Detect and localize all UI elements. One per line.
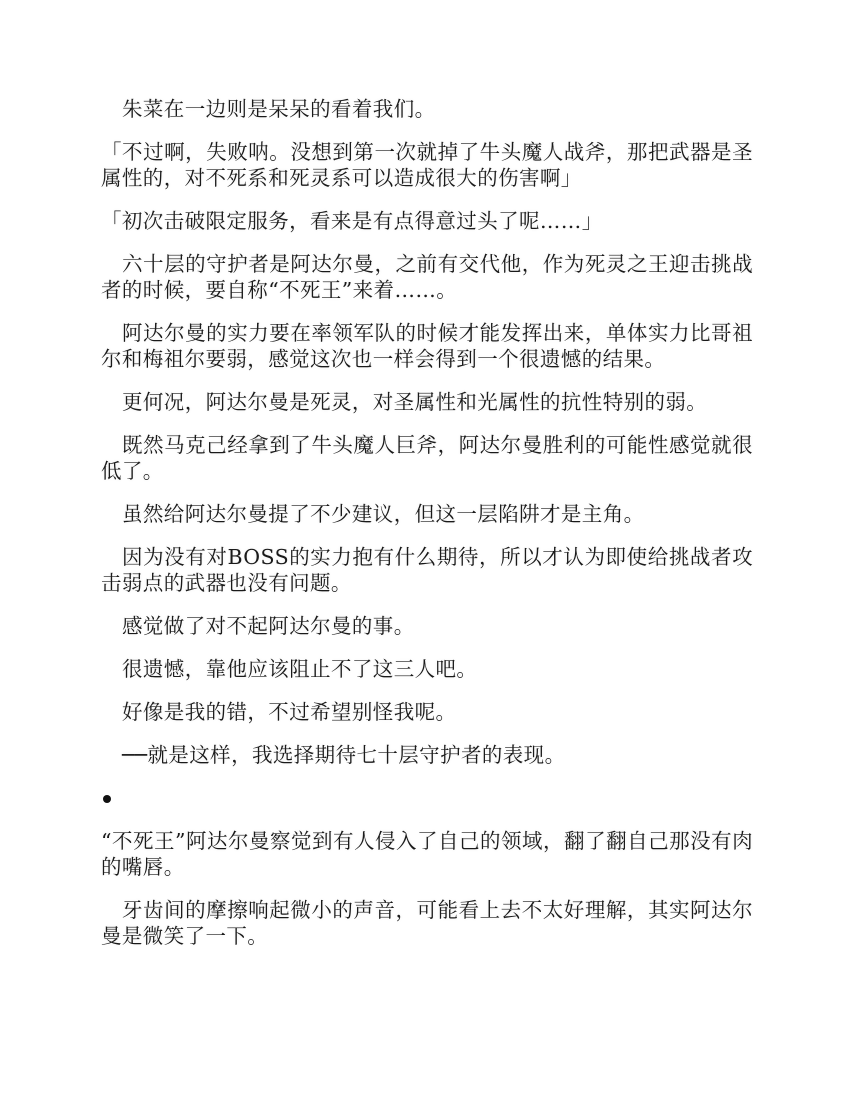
bullet-icon [103, 795, 111, 803]
paragraph: ──就是这样，我选择期待七十层守护者的表现。 [101, 742, 753, 768]
paragraph: 更何况，阿达尔曼是死灵，对圣属性和光属性的抗性特别的弱。 [101, 389, 753, 415]
paragraph: 好像是我的错，不过希望别怪我呢。 [101, 699, 753, 725]
paragraph: “不死王”阿达尔曼察觉到有人侵入了自己的领域，翻了翻自己那没有肉的嘴唇。 [101, 828, 753, 880]
paragraph: 很遗憾，靠他应该阻止不了这三人吧。 [101, 656, 753, 682]
paragraph: 虽然给阿达尔曼提了不少建议，但这一层陷阱才是主角。 [101, 501, 753, 527]
paragraph: 朱菜在一边则是呆呆的看着我们。 [101, 96, 753, 122]
paragraph: 感觉做了对不起阿达尔曼的事。 [101, 613, 753, 639]
paragraph: 六十层的守护者是阿达尔曼，之前有交代他，作为死灵之王迎击挑战者的时候，要自称“不… [101, 251, 753, 303]
paragraph: 阿达尔曼的实力要在率领军队的时候才能发挥出来，单体实力比哥祖尔和梅祖尔要弱，感觉… [101, 320, 753, 372]
paragraph: 牙齿间的摩擦响起微小的声音，可能看上去不太好理解，其实阿达尔曼是微笑了一下。 [101, 897, 753, 949]
dialogue-paragraph: 「不过啊，失败呐。没想到第一次就掉了牛头魔人战斧，那把武器是圣属性的，对不死系和… [101, 139, 753, 191]
section-break [101, 785, 753, 811]
paragraph: 既然马克己经拿到了牛头魔人巨斧，阿达尔曼胜利的可能性感觉就很低了。 [101, 432, 753, 484]
paragraph: 因为没有对BOSS的实力抱有什么期待，所以才认为即使给挑战者攻击弱点的武器也没有… [101, 544, 753, 596]
dialogue-paragraph: 「初次击破限定服务，看来是有点得意过头了呢……」 [101, 208, 753, 234]
document-page: 朱菜在一边则是呆呆的看着我们。 「不过啊，失败呐。没想到第一次就掉了牛头魔人战斧… [101, 96, 753, 966]
